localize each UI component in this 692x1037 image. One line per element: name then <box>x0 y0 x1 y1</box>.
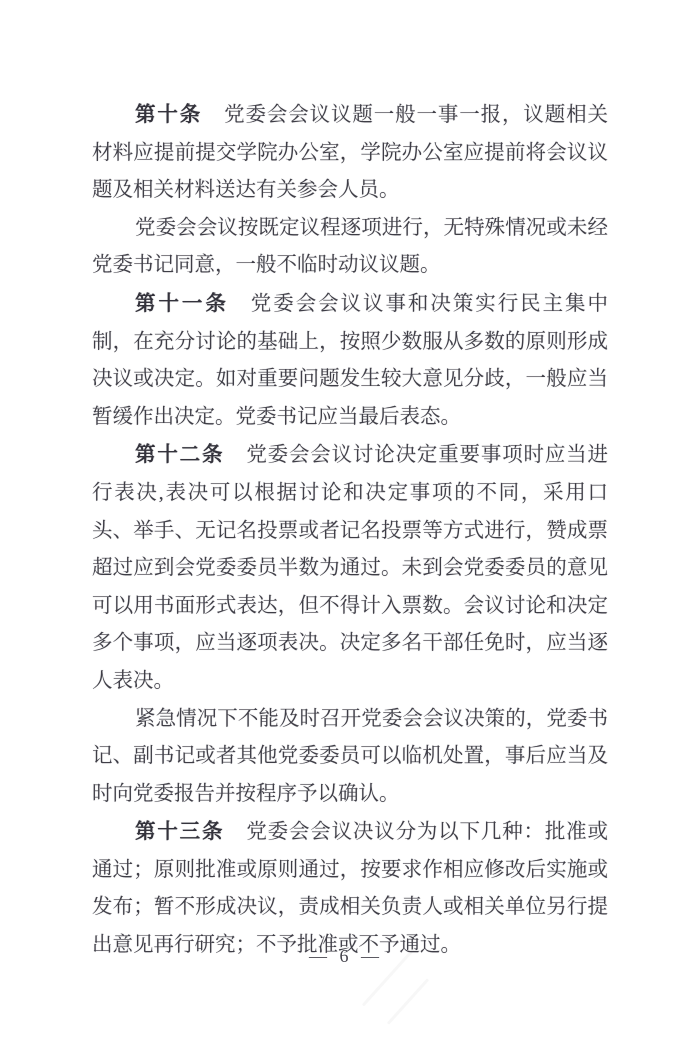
paragraph-text: 党委会会议按既定议程逐项进行，无特殊情况或未经党委书记同意，一般不临时动议议题。 <box>92 217 608 277</box>
article-number: 第十一条 <box>135 292 229 315</box>
document-body: 第十条党委会会议议题一般一事一报，议题相关材料应提前提交学院办公室，学院办公室应… <box>92 96 608 965</box>
scan-artifact <box>387 978 429 1025</box>
article-number: 第十三条 <box>135 820 224 843</box>
article-number: 第十条 <box>135 103 202 126</box>
paragraph: 第十一条党委会会议议事和决策实行民主集中制，在充分讨论的基础上，按照少数服从多数… <box>92 285 608 436</box>
paragraph: 第十二条党委会会议讨论决定重要事项时应当进行表决,表决可以根据讨论和决定事项的不… <box>92 436 608 700</box>
document-page: 第十条党委会会议议题一般一事一报，议题相关材料应提前提交学院办公室，学院办公室应… <box>0 0 692 1037</box>
article-number: 第十二条 <box>135 443 224 466</box>
paragraph: 第十条党委会会议议题一般一事一报，议题相关材料应提前提交学院办公室，学院办公室应… <box>92 96 608 210</box>
paragraph: 党委会会议按既定议程逐项进行，无特殊情况或未经党委书记同意，一般不临时动议议题。 <box>92 210 608 285</box>
page-number: — 6 — <box>0 944 692 968</box>
paragraph-text: 紧急情况下不能及时召开党委会会议决策的，党委书记、副书记或者其他党委委员可以临机… <box>92 708 608 805</box>
paragraph: 紧急情况下不能及时召开党委会会议决策的，党委书记、副书记或者其他党委委员可以临机… <box>92 701 608 814</box>
paragraph: 第十三条党委会会议决议分为以下几种：批准或通过；原则批准或原则通过，按要求作相应… <box>92 813 608 964</box>
paragraph-text: 党委会会议讨论决定重要事项时应当进行表决,表决可以根据讨论和决定事项的不同，采用… <box>92 444 608 692</box>
